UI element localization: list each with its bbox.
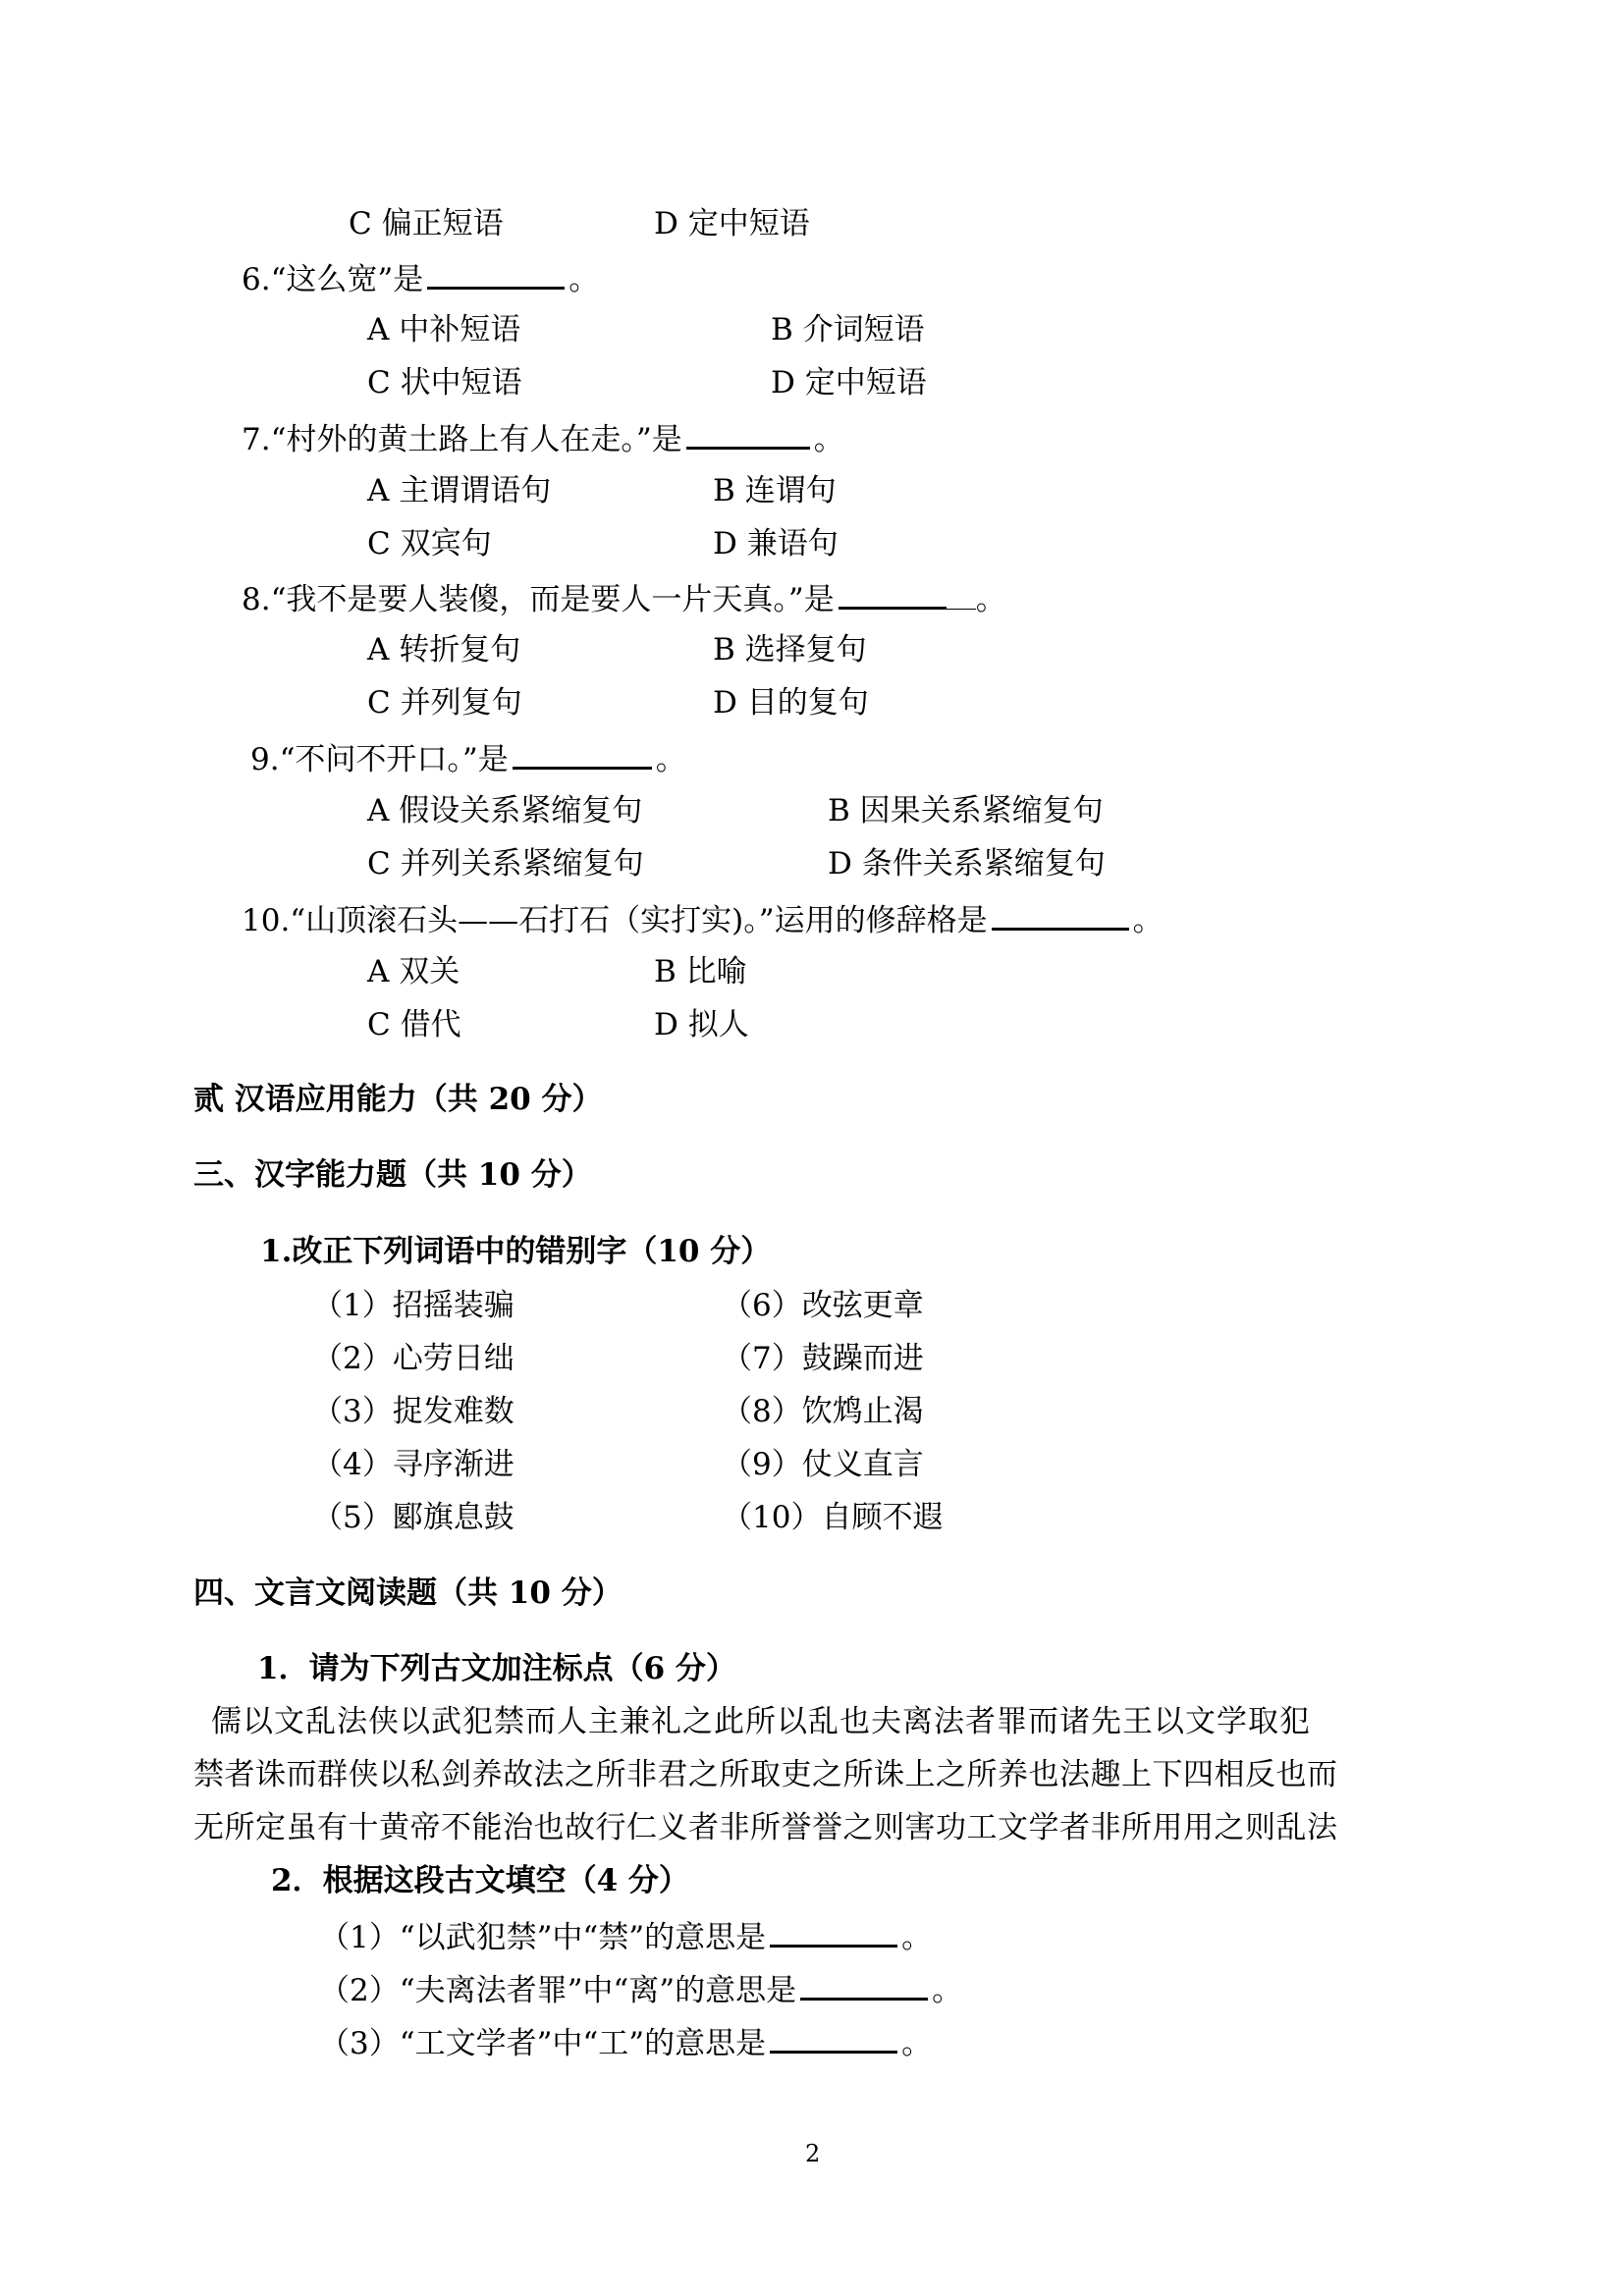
typo-item-9: （9）仗义直言	[722, 1445, 924, 1484]
q6-option-c: C 状中短语	[367, 363, 522, 402]
q9-option-d: D 条件关系紧缩复句	[828, 844, 1106, 883]
q9-option-b: B 因果关系紧缩复句	[828, 791, 1104, 830]
section4-q2-title: 2．根据这段古文填空（4 分）	[271, 1861, 689, 1900]
q10-option-d: D 拟人	[654, 1005, 749, 1044]
answer-blank[interactable]	[513, 737, 652, 770]
question-6: 6.“这么宽”是。	[242, 257, 599, 299]
passage-line-1: 儒以文乱法侠以武犯禁而人主兼礼之此所以乱也夫离法者罪而诸先王以文学取犯	[211, 1702, 1311, 1741]
section3-heading: 三、汉字能力题（共 10 分）	[193, 1155, 592, 1195]
question-stem: 7.“村外的黄土路上有人在走。”是	[242, 422, 682, 457]
question-stem: 6.“这么宽”是	[242, 262, 423, 297]
answer-blank[interactable]	[427, 257, 565, 290]
section4-heading: 四、文言文阅读题（共 10 分）	[193, 1574, 623, 1613]
answer-blank[interactable]	[770, 1915, 897, 1948]
part2-heading: 贰 汉语应用能力（共 20 分）	[193, 1080, 603, 1119]
typo-item-6: （6）改弦更章	[722, 1286, 924, 1325]
answer-blank[interactable]	[770, 2021, 897, 2054]
q10-option-a: A 双关	[367, 952, 460, 991]
passage-line-2: 禁者诛而群侠以私剑养故法之所非君之所取吏之所诛上之所养也法趣上下四相反也而	[193, 1755, 1338, 1794]
q7-option-c: C 双宾句	[367, 524, 492, 563]
question-stem: 10.“山顶滚石头——石打石（实打实)。”运用的修辞格是	[242, 903, 988, 938]
fill-item-1: （1）“以武犯禁”中“禁”的意思是。	[319, 1915, 932, 1957]
q7-option-d: D 兼语句	[713, 524, 839, 563]
fill-item-3: （3）“工文学者”中“工”的意思是。	[319, 2021, 932, 2063]
question-7: 7.“村外的黄土路上有人在走。”是。	[242, 417, 844, 459]
typo-item-7: （7）鼓躁而进	[722, 1339, 924, 1378]
q6-option-a: A 中补短语	[367, 310, 520, 349]
typo-item-8: （8）饮鸩止渴	[722, 1392, 924, 1431]
page-number: 2	[805, 2140, 820, 2167]
answer-blank[interactable]	[839, 577, 947, 610]
question-stem: 9.“不问不开口。”是	[250, 742, 509, 777]
q5-option-d: D 定中短语	[654, 204, 810, 243]
q8-option-c: C 并列复句	[367, 683, 522, 722]
section4-q1-title: 1．请为下列古文加注标点（6 分）	[257, 1649, 736, 1688]
q9-option-c: C 并列关系紧缩复句	[367, 844, 644, 883]
q10-option-c: C 借代	[367, 1005, 461, 1044]
section3-q1-title: 1.改正下列词语中的错别字（10 分）	[260, 1232, 771, 1271]
answer-blank[interactable]	[992, 898, 1129, 931]
answer-blank[interactable]	[800, 1968, 928, 2001]
q5-option-c: C 偏正短语	[349, 204, 504, 243]
question-9: 9.“不问不开口。”是。	[250, 737, 686, 779]
question-stem: 8.“我不是要人装傻，而是要人一片天真。”是	[242, 582, 835, 617]
passage-line-3: 无所定虽有十黄帝不能治也故行仁义者非所誉誉之则害功工文学者非所用用之则乱法	[193, 1808, 1338, 1847]
q8-option-b: B 选择复句	[713, 630, 867, 669]
typo-item-1: （1）招摇装骗	[312, 1286, 514, 1325]
q6-option-b: B 介词短语	[771, 310, 925, 349]
typo-item-10: （10）自顾不遐	[722, 1498, 943, 1537]
fill-item-2: （2）“夫离法者罪”中“离”的意思是。	[319, 1968, 962, 2010]
q8-option-d: D 目的复句	[713, 683, 869, 722]
q7-option-a: A 主谓谓语句	[367, 471, 551, 510]
q6-option-d: D 定中短语	[771, 363, 927, 402]
typo-item-3: （3）捉发难数	[312, 1392, 514, 1431]
answer-blank[interactable]	[686, 417, 810, 450]
q8-option-a: A 转折复句	[367, 630, 520, 669]
question-8: 8.“我不是要人装傻，而是要人一片天真。”是。	[242, 577, 1006, 619]
typo-item-2: （2）心劳日绌	[312, 1339, 514, 1378]
typo-item-4: （4）寻序渐进	[312, 1445, 514, 1484]
typo-item-5: （5）郾旗息鼓	[312, 1498, 514, 1537]
q9-option-a: A 假设关系紧缩复句	[367, 791, 642, 830]
q7-option-b: B 连谓句	[713, 471, 837, 510]
q10-option-b: B 比喻	[654, 952, 747, 991]
question-10: 10.“山顶滚石头——石打石（实打实)。”运用的修辞格是。	[242, 898, 1164, 940]
